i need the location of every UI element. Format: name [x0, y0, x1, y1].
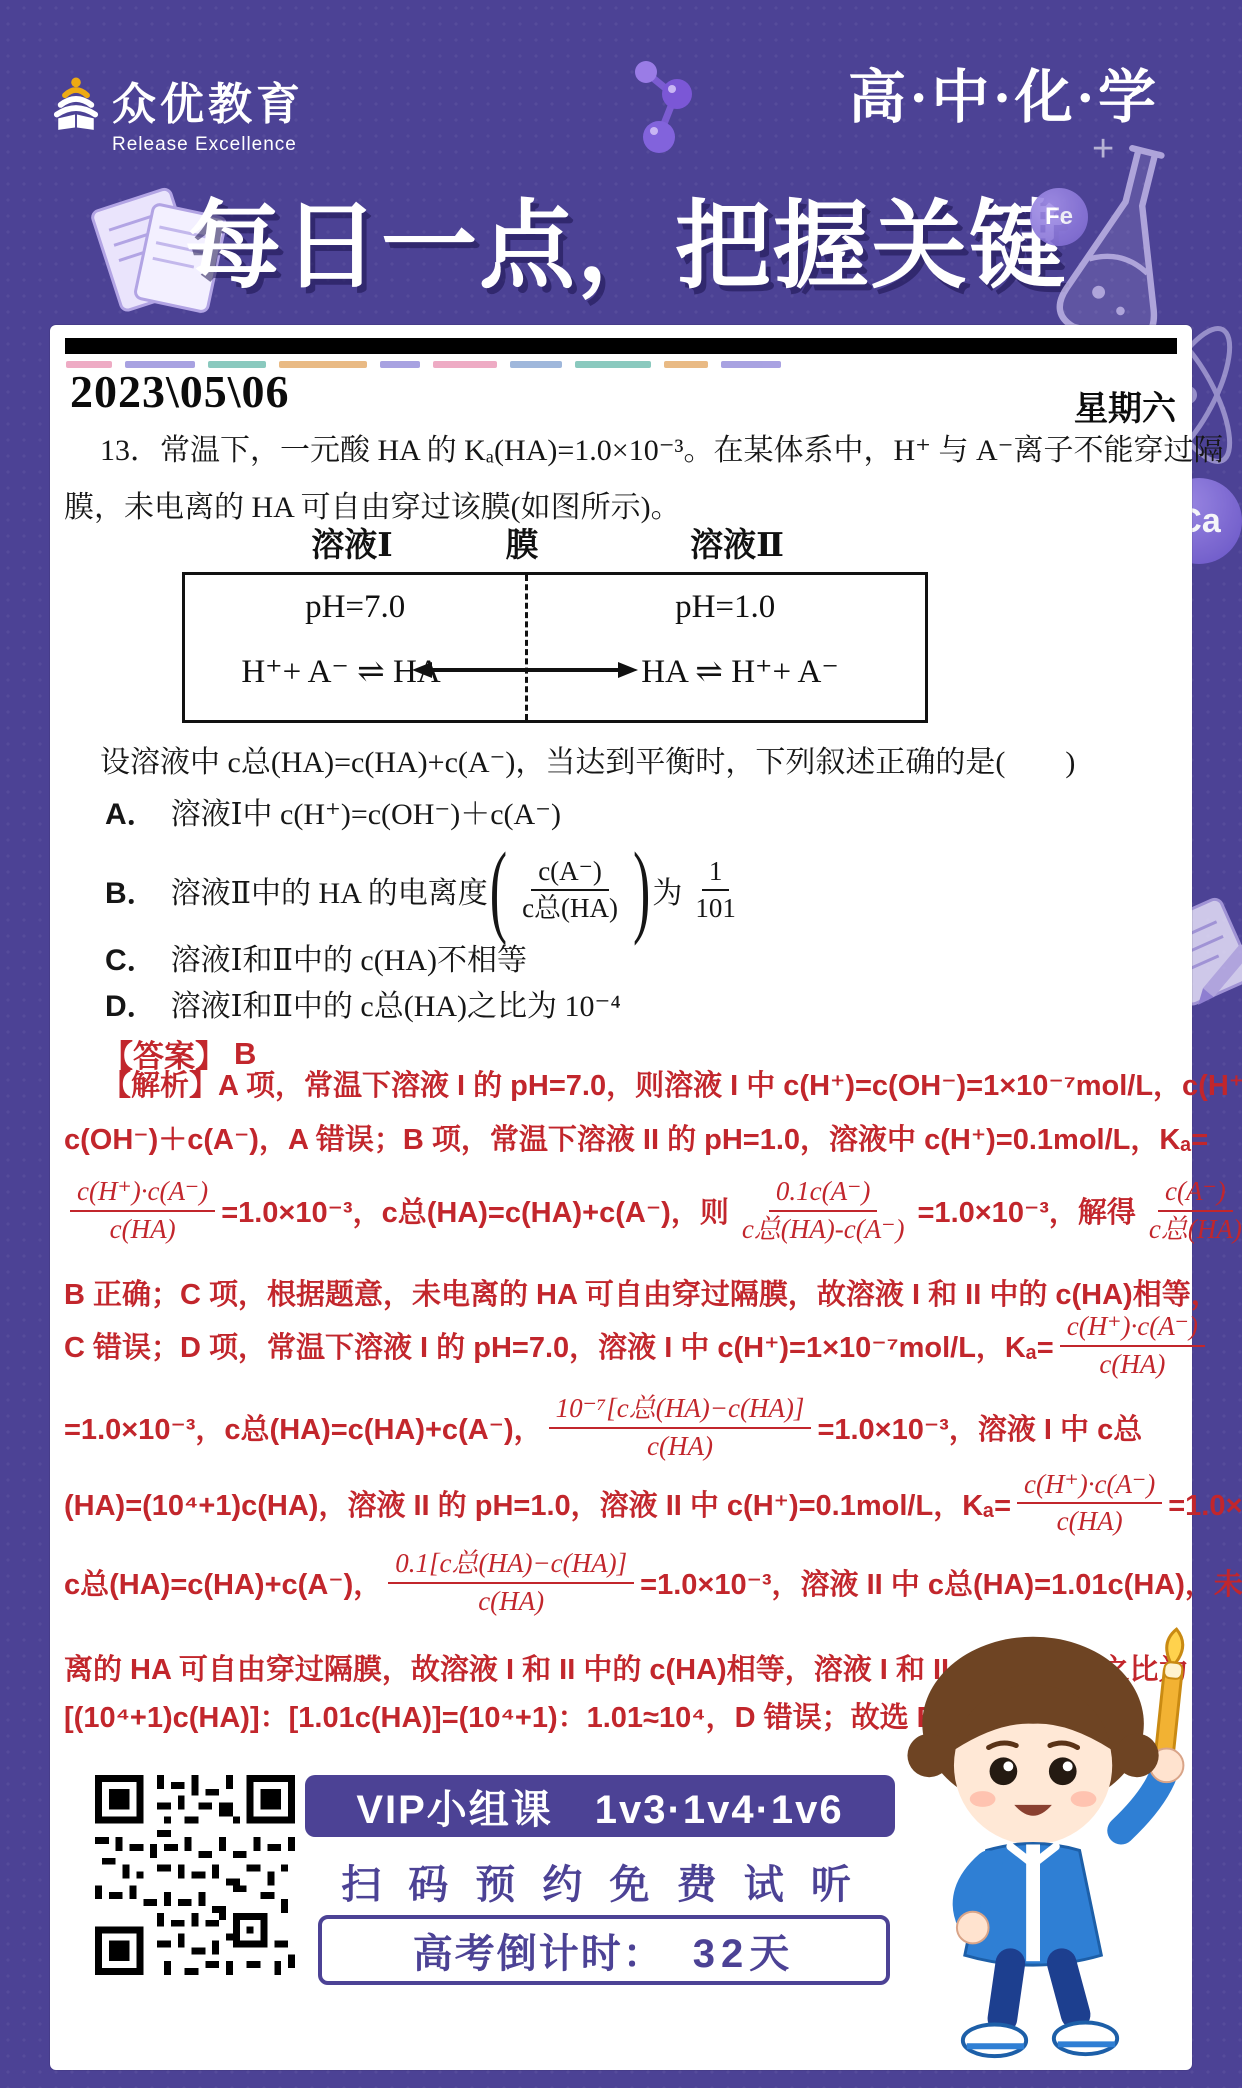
mascot-illustration: [870, 1615, 1210, 2070]
molecule-icon: [630, 58, 702, 158]
fe-label: Fe: [1045, 203, 1073, 231]
ph-solution2: pH=1.0: [525, 589, 925, 626]
analysis-line-2: c(OH⁻)＋c(A⁻)，A 错误；B 项，常温下溶液 II 的 pH=1.0，…: [64, 1117, 1208, 1158]
brand-logo-icon: [52, 55, 100, 151]
option-b-midtext: 为: [652, 868, 682, 912]
vip-course-text: VIP小组课 1v3·1v4·1v6: [356, 1778, 843, 1835]
option-d: D． 溶液Ⅰ和Ⅱ中的 c总(HA)之比为 10⁻⁴: [105, 981, 621, 1025]
ph-solution1: pH=7.0: [185, 589, 525, 626]
option-b-fraction-2: 1 101: [688, 856, 743, 924]
membrane-diagram-box: pH=7.0 pH=1.0 H⁺+ A⁻ ⇌ HA HA ⇌ H⁺+ A⁻: [182, 572, 928, 723]
analysis-line-10: [(10⁴+1)c(HA)]：[1.01c(HA)]=(10⁴+1)：1.01≈…: [64, 1695, 967, 1736]
option-b: B． 溶液Ⅱ中的 HA 的电离度 ( c(A⁻) c总(HA) ) 为 1 10…: [105, 830, 749, 950]
diagram-label-membrane: 膜: [422, 519, 622, 566]
analysis-line-5: C 错误；D 项，常温下溶液 I 的 pH=7.0，溶液 I 中 c(H⁺)=1…: [64, 1303, 1211, 1388]
brand-subtitle: Release Excellence: [112, 134, 304, 156]
subject-title: 高·中·化·学: [848, 50, 1159, 134]
question-line-1: 13．常温下，一元酸 HA 的 Kₐ(HA)=1.0×10⁻³。在某体系中，H⁺…: [100, 425, 1224, 469]
option-b-pretext: 溶液Ⅱ中的 HA 的电离度: [171, 868, 488, 912]
qr-code: [95, 1775, 295, 1975]
open-paren: (: [490, 831, 507, 949]
option-c-text: 溶液Ⅰ和Ⅱ中的 c(HA)不相等: [171, 935, 527, 979]
countdown-label: 高考倒计时：: [413, 1922, 665, 1979]
analysis-line-1: 【解析】 A 项，常温下溶液 I 的 pH=7.0，则溶液 I 中 c(H⁺)=…: [102, 1063, 1242, 1104]
top-black-bar: [65, 338, 1177, 354]
countdown-value: 32天: [693, 1922, 796, 1979]
question-stem: 设溶液中 c总(HA)=c(HA)+c(A⁻)，当达到平衡时，下列叙述正确的是(…: [100, 737, 1075, 781]
poster: 众优教育 Release Excellence 高·中·化·学: [0, 0, 1242, 2088]
banner-title: 每日一点，把握关键: [185, 170, 1067, 307]
option-a: A． 溶液Ⅰ中 c(H⁺)=c(OH⁻)＋c(A⁻): [105, 789, 561, 833]
option-d-key: D．: [105, 981, 157, 1025]
brand-name: 众优教育: [112, 68, 304, 132]
diagram-label-solution2: 溶液Ⅱ: [637, 519, 837, 566]
gaokao-countdown-box: 高考倒计时： 32天: [318, 1915, 890, 1985]
analysis-line-3: c(H⁺)·c(A⁻)c(HA) =1.0×10⁻³，c总(HA)=c(HA)+…: [64, 1163, 1242, 1258]
membrane-exchange-arrow: [410, 659, 640, 681]
content-card: 2023\05\06 星期六 13．常温下，一元酸 HA 的 Kₐ(HA)=1.…: [50, 325, 1192, 2070]
option-b-key: B．: [105, 868, 157, 912]
option-a-key: A．: [105, 789, 157, 833]
option-d-text: 溶液Ⅰ和Ⅱ中的 c总(HA)之比为 10⁻⁴: [171, 981, 621, 1025]
option-c: C． 溶液Ⅰ和Ⅱ中的 c(HA)不相等: [105, 935, 527, 979]
fe-element-badge: Fe: [1030, 188, 1088, 246]
analysis-label: 【解析】: [102, 1063, 218, 1104]
vip-course-banner: VIP小组课 1v3·1v4·1v6: [305, 1775, 895, 1837]
date: 2023\05\06: [70, 365, 290, 418]
brand-block: 众优教育 Release Excellence: [112, 68, 304, 156]
sparkle-icon: +: [1092, 128, 1114, 171]
scan-booking-text: 扫 码 预 约 免 费 试 听: [305, 1853, 895, 1910]
option-a-text: 溶液Ⅰ中 c(H⁺)=c(OH⁻)＋c(A⁻): [171, 789, 561, 833]
option-b-fraction: c(A⁻) c总(HA): [515, 856, 625, 924]
option-c-key: C．: [105, 935, 157, 979]
close-paren: ): [633, 831, 650, 949]
weekday: 星期六: [1074, 381, 1176, 430]
